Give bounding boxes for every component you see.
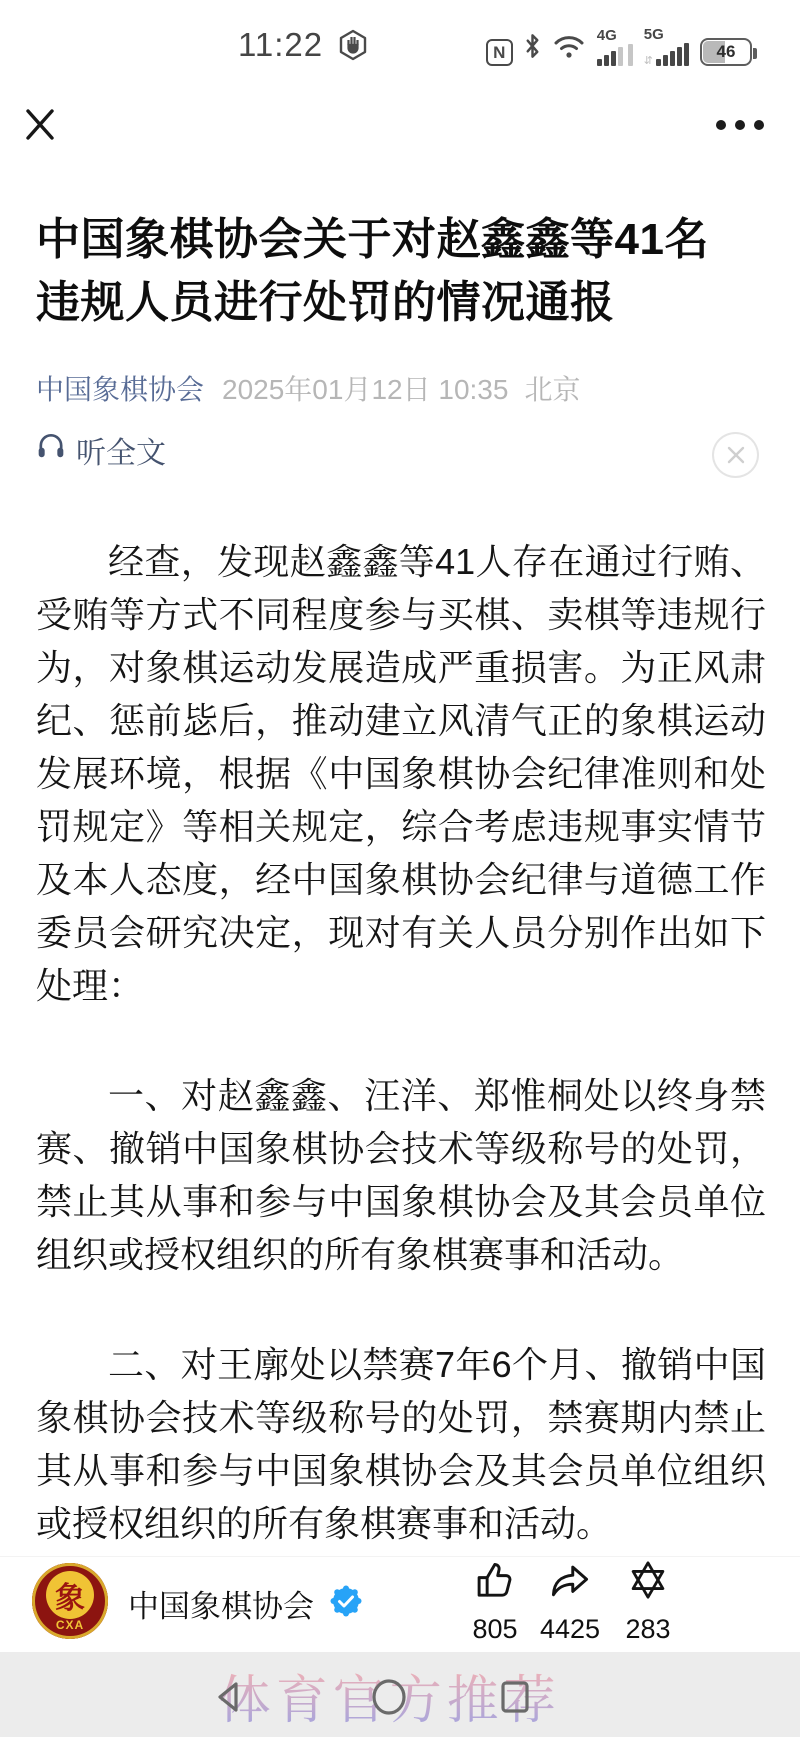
logo-xiang-glyph: 象 (46, 1571, 94, 1619)
share-arrow-icon (547, 1559, 593, 1606)
publish-date: 2025年01月12日 10:35 (222, 368, 508, 408)
share-button[interactable]: 4425 (525, 1559, 615, 1645)
publish-location: 北京 (524, 368, 580, 408)
listen-label: 听全文 (76, 428, 166, 472)
like-count: 805 (472, 1614, 517, 1645)
nav-back-icon[interactable] (212, 1680, 246, 1719)
share-count: 4425 (540, 1614, 600, 1645)
nav-home-icon[interactable] (370, 1678, 408, 1721)
wow-button[interactable]: 283 (603, 1559, 693, 1645)
article-title: 中国象棋协会关于对赵鑫鑫等41名违规人员进行处罚的情况通报 (36, 208, 726, 334)
paragraph: 二、对王廓处以禁赛7年6个月、撤销中国象棋协会技术等级称号的处罚，禁赛期内禁止其… (36, 1338, 766, 1550)
article-byline: 中国象棋协会 2025年01月12日 10:35 北京 (36, 368, 580, 408)
author-link[interactable]: 中国象棋协会 (36, 368, 204, 408)
wow-count: 283 (625, 1614, 670, 1645)
account-logo[interactable]: 象 CXA (32, 1563, 108, 1639)
listen-full-text-button[interactable]: 听全文 (36, 428, 166, 472)
wow-flower-icon (626, 1559, 670, 1606)
listen-close-icon[interactable] (712, 432, 759, 478)
phone-screen: 11:22 N (0, 0, 800, 1737)
nav-recents-icon[interactable] (498, 1680, 532, 1719)
paragraph: 一、对赵鑫鑫、汪洋、郑惟桐处以终身禁赛、撤销中国象棋协会技术等级称号的处罚，禁止… (36, 1069, 766, 1281)
article-content: 中国象棋协会关于对赵鑫鑫等41名违规人员进行处罚的情况通报 中国象棋协会 202… (0, 0, 800, 1556)
paragraph: 经查，发现赵鑫鑫等41人存在通过行贿、受贿等方式不同程度参与买棋、卖棋等违规行为… (36, 535, 766, 1012)
headphones-icon (36, 432, 66, 468)
verified-badge-icon (330, 1585, 362, 1622)
logo-cxa-text: CXA (32, 1618, 108, 1632)
thumbs-up-icon (473, 1559, 517, 1606)
account-name[interactable]: 中国象棋协会 (128, 1581, 314, 1626)
account-bar: 象 CXA 中国象棋协会 80 (0, 1556, 800, 1652)
system-nav-bar: 体育官方推荐 (0, 1652, 800, 1737)
article-body: 经查，发现赵鑫鑫等41人存在通过行贿、受贿等方式不同程度参与买棋、卖棋等违规行为… (36, 535, 766, 1556)
